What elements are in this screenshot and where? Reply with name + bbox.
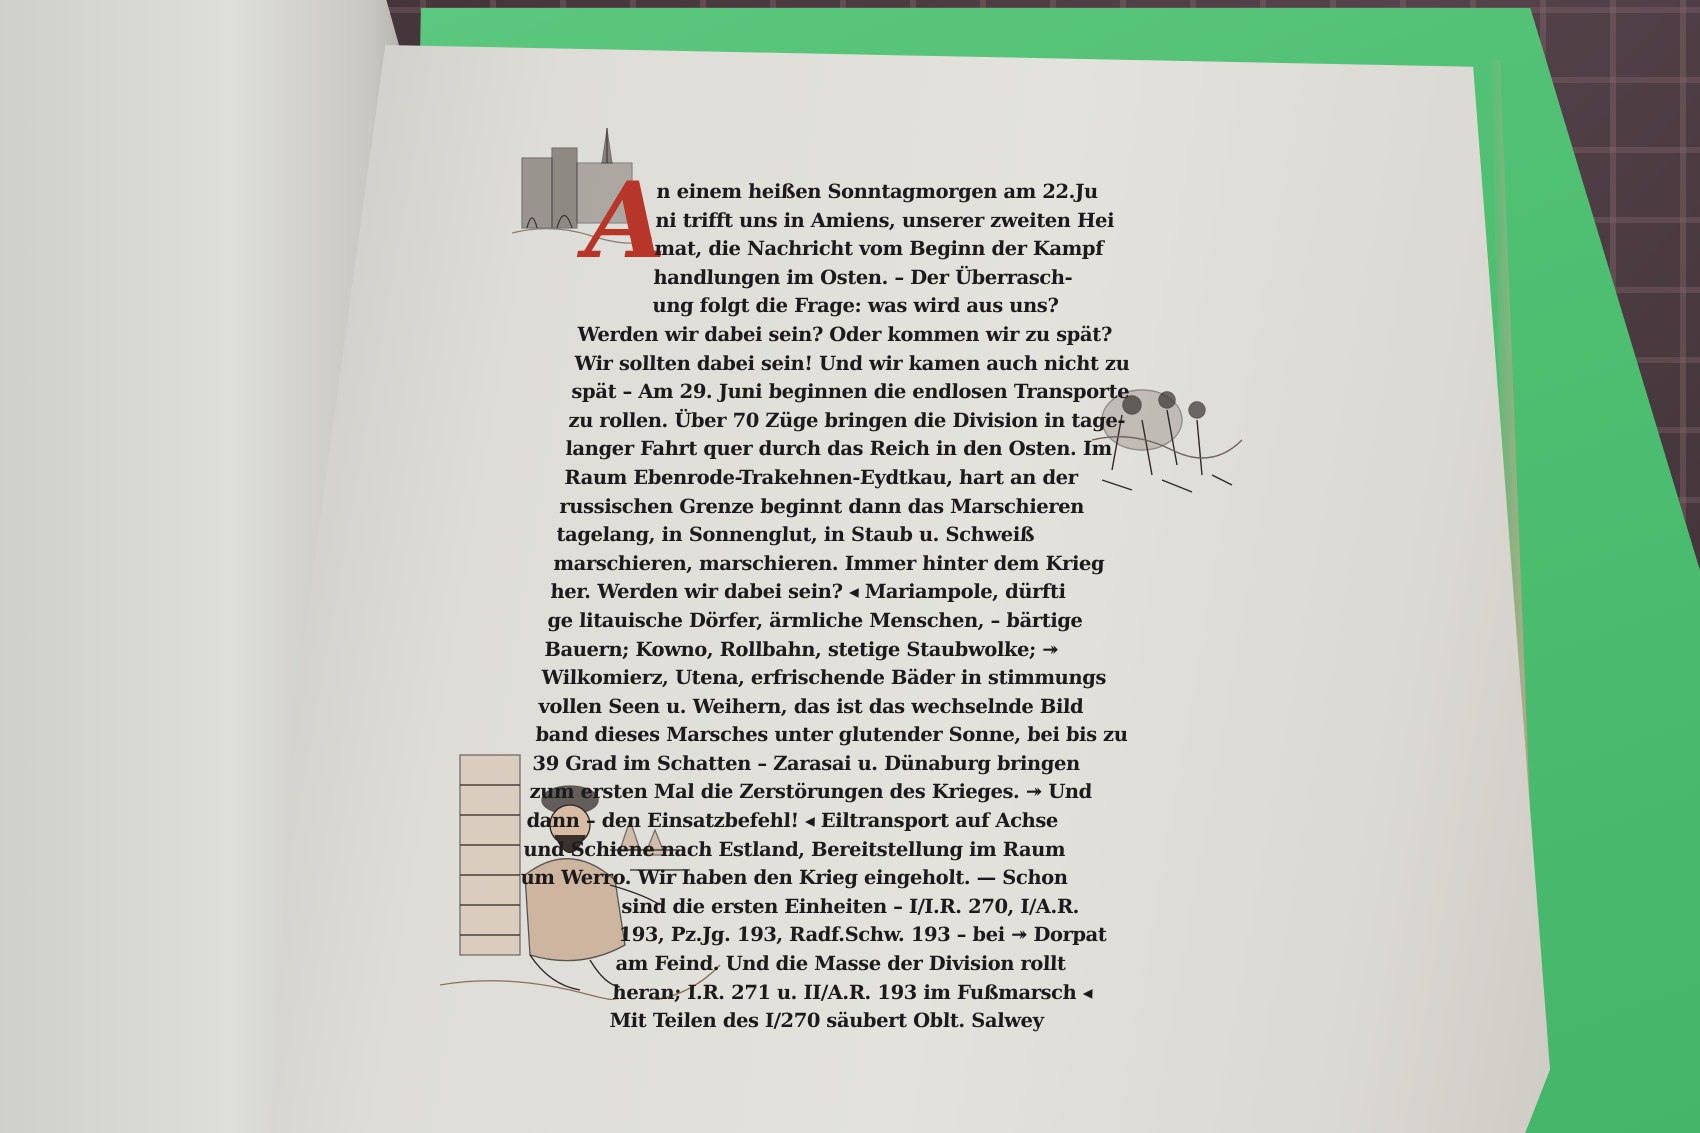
text-line: ni trifft uns in Amiens, unserer zweiten… [573, 207, 1146, 236]
text-line: tagelang, in Sonnenglut, in Staub u. Sch… [556, 521, 1135, 550]
text-line: spät – Am 29. Juni beginnen die endlosen… [567, 378, 1140, 407]
text-line: 193, Pz.Jg. 193, Radf.Schw. 193 – bei ↠ … [618, 921, 1121, 950]
text-line: Mit Teilen des I/270 säubert Oblt. Salwe… [609, 1007, 1118, 1036]
text-line: marschieren, marschieren. Immer hinter d… [553, 550, 1134, 579]
text-line: Werden wir dabei sein? Oder kommen wir z… [569, 321, 1142, 350]
text-line: n einem heißen Sonntagmorgen am 22.Ju [574, 178, 1147, 207]
text-line: Raum Ebenrode-Trakehnen-Eydtkau, hart an… [564, 464, 1137, 493]
text-line: zu rollen. Über 70 Züge bringen die Divi… [566, 407, 1139, 436]
text-line: sind die ersten Einheiten – I/I.R. 270, … [621, 893, 1122, 922]
calligraphy-text-block: n einem heißen Sonntagmorgen am 22.Ju ni… [545, 178, 1147, 1036]
text-line: her. Werden wir dabei sein? ◂ Mariampole… [550, 578, 1133, 607]
text-line: russischen Grenze beginnt dann das Marsc… [559, 493, 1136, 522]
text-line: mat, die Nachricht vom Beginn der Kampf [572, 235, 1145, 264]
text-line: handlungen im Osten. – Der Überrasch- [571, 264, 1144, 293]
text-line: Wilkomierz, Utena, erfrischende Bäder in… [541, 664, 1130, 693]
text-line: langer Fahrt quer durch das Reich in den… [565, 435, 1138, 464]
text-line: zum ersten Mal die Zerstörungen des Krie… [529, 778, 1126, 807]
text-line: um Werro. Wir haben den Krieg eingeholt.… [520, 864, 1123, 893]
text-line: ung folgt die Frage: was wird aus uns? [570, 292, 1143, 321]
text-line: heran; I.R. 271 u. II/A.R. 193 im Fußmar… [612, 979, 1119, 1008]
text-line: und Schiene nach Estland, Bereitstellung… [523, 836, 1124, 865]
text-line: ge litauische Dörfer, ärmliche Menschen,… [547, 607, 1132, 636]
text-line: dann – den Einsatzbefehl! ◂ Eiltransport… [526, 807, 1125, 836]
text-line: vollen Seen u. Weihern, das ist das wech… [538, 693, 1129, 722]
text-line: band dieses Marsches unter glutender Son… [535, 721, 1128, 750]
text-line: 39 Grad im Schatten – Zarasai u. Dünabur… [532, 750, 1127, 779]
text-line: Wir sollten dabei sein! Und wir kamen au… [568, 350, 1141, 379]
text-line: am Feind. Und die Masse der Division rol… [615, 950, 1120, 979]
text-line: Bauern; Kowno, Rollbahn, stetige Staubwo… [544, 636, 1131, 665]
